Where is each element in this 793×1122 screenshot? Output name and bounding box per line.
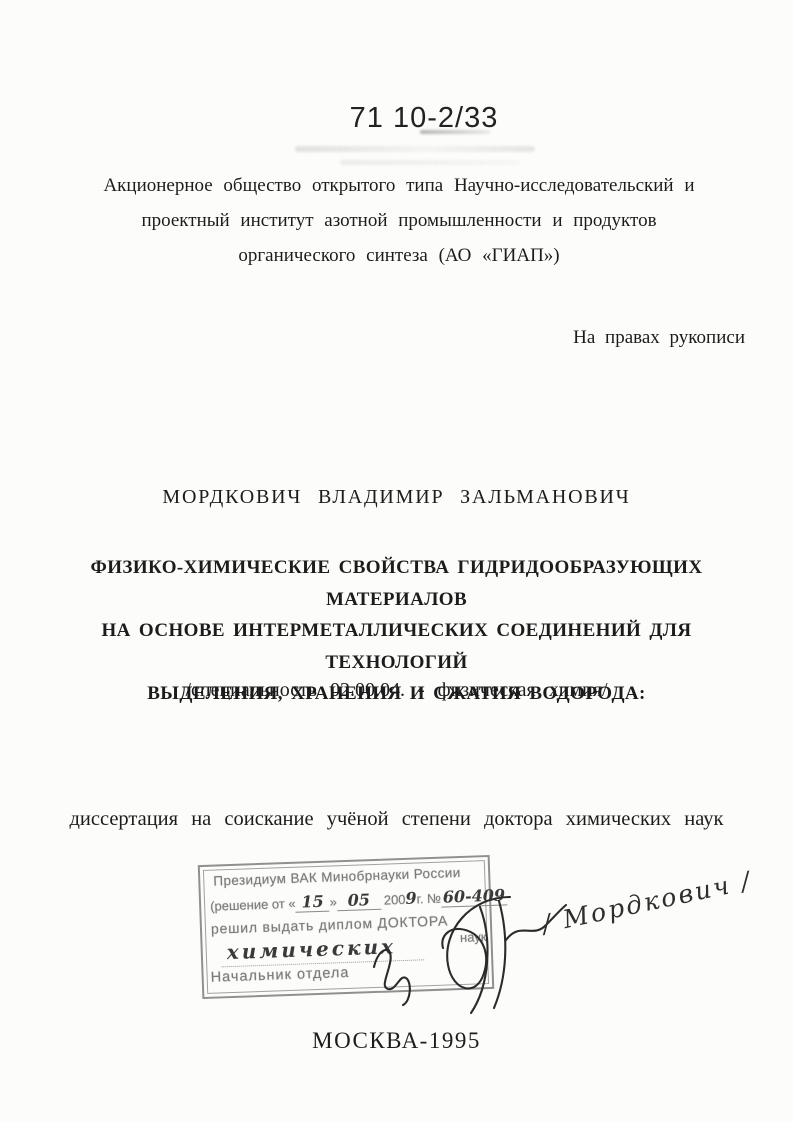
stamp-decision-prefix: (решение от « [210,896,296,914]
title-line-2: НА ОСНОВЕ ИНТЕРМЕТАЛЛИЧЕСКИХ СОЕДИНЕНИЙ … [28,615,765,678]
title-line-1: ФИЗИКО-ХИМИЧЕСКИЕ СВОЙСТВА ГИДРИДООБРАЗУ… [28,552,765,615]
degree-statement: диссертация на соискание учёной степени … [35,808,758,831]
institution-line-2: проектный институт азотной промышленност… [45,203,753,238]
handwritten-day: 15 [295,892,330,913]
signature [360,845,770,1025]
institution-line-1: Акционерное общество открытого типа Науч… [45,168,753,203]
signature-initial-squiggle [374,950,410,1005]
institution-line-3: органического синтеза (АО «ГИАП») [45,238,753,273]
manuscript-rights-note: На правах рукописи [573,327,745,349]
erased-text-smudge [340,160,520,165]
dissertation-title-page: 71 10-2/33 Акционерное общество открытог… [0,0,793,1122]
signature-main-loop [442,897,510,988]
institution-name: Акционерное общество открытого типа Науч… [45,168,753,273]
signature-descender-2 [494,901,505,1008]
city-year: МОСКВА-1995 [0,1028,793,1054]
erased-text-smudge [420,130,490,134]
erased-text-smudge [295,146,535,152]
signature-descender-1 [471,907,487,1013]
author-name: МОРДКОВИЧ ВЛАДИМИР ЗАЛЬМАНОВИЧ [0,486,793,509]
specialty-line: /специальность 02.00.04. - физическая хи… [0,679,793,702]
